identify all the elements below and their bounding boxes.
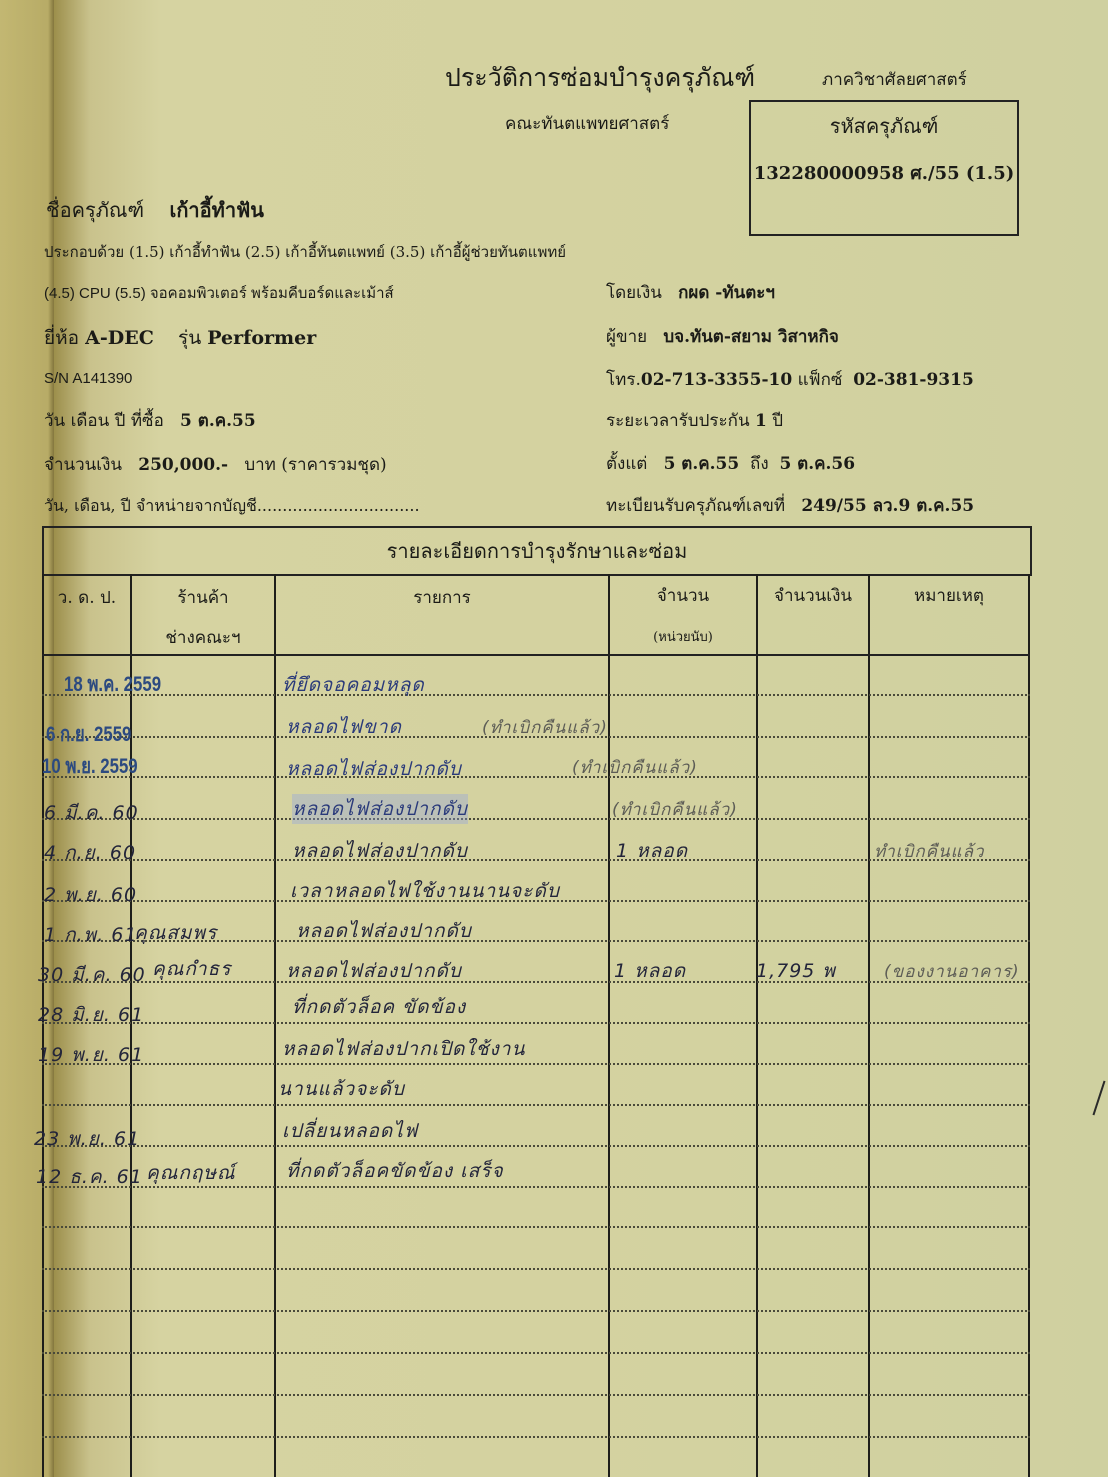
row-item: หลอดไฟส่องปากดับ (296, 916, 472, 946)
row-date: 28 มิ.ย. 61 (38, 1000, 144, 1030)
row-item: หลอดไฟส่องปากดับ (286, 956, 462, 986)
components-line-1: ประกอบด้วย (1.5) เก้าอี้ทำฟัน (2.5) เก้า… (44, 240, 566, 264)
row-shop: คุณสมพร (134, 918, 217, 948)
funding-row: โดยเงิน กผด -ทันตะฯ (606, 279, 775, 306)
amount-value: 250,000.- (138, 455, 228, 475)
row-qty: 1 หลอด (616, 836, 688, 866)
funding-value: กผด -ทันตะฯ (678, 283, 775, 303)
row-shop: คุณกฤษณ์ (146, 1158, 236, 1188)
row-date: 4 ก.ย. 60 (44, 838, 136, 868)
header-amount: จำนวนเงิน (758, 582, 868, 609)
header-note: หมายเหตุ (870, 582, 1028, 609)
registry-label: ทะเบียนรับครุภัณฑ์เลขที่ (606, 496, 785, 516)
row-item: หลอดไฟส่องปากดับ (292, 794, 468, 824)
warranty-label: ระยะเวลารับประกัน (606, 411, 750, 431)
asset-code-value: 132280000958 ศ./55 (1.5) (751, 158, 1017, 187)
registry-value: 249/55 ลว.9 ต.ค.55 (801, 496, 974, 516)
purchase-date-row: วัน เดือน ปี ที่ซื้อ 5 ต.ค.55 (44, 407, 256, 434)
document-page: ประวัติการซ่อมบำรุงครุภัณฑ์ ภาควิชาศัลยศ… (0, 0, 1108, 1477)
header-item: รายการ (276, 584, 608, 611)
row-item: นานแล้วจะดับ (278, 1074, 405, 1104)
row-shop: คุณกำธร (152, 954, 231, 984)
row-date: 10 พ.ย. 2559 (42, 750, 138, 783)
equipment-name-label: ชื่อครุภัณฑ์ (46, 198, 144, 222)
equipment-name: เก้าอี้ทำฟัน (169, 198, 263, 222)
maintenance-table: รายละเอียดการบำรุงรักษาและซ่อม ว. ด. ป. … (42, 526, 1030, 1477)
row-item: หลอดไฟส่องปากเปิดใช้งาน (282, 1034, 525, 1064)
row-date: 12 ธ.ค. 61 (36, 1162, 143, 1192)
to-label: ถึง (750, 454, 769, 474)
row-item: ที่กดตัวล็อคขัดข้อง เสร็จ (286, 1156, 504, 1186)
row-amount: 1,795 พ (756, 956, 836, 986)
row-item: หลอดไฟขาด (286, 712, 402, 742)
components-line-2: (4.5) CPU (5.5) จอคอมพิวเตอร์ พร้อมคีบอร… (44, 281, 394, 305)
row-qty: 1 หลอด (614, 956, 686, 986)
row-date: 18 พ.ค. 2559 (64, 668, 161, 701)
row-item: หลอดไฟส่องปากดับ (292, 836, 468, 866)
asset-code-label: รหัสครุภัณฑ์ (751, 110, 1017, 142)
col-divider (1028, 574, 1030, 1477)
row-date: 30 มี.ค. 60 (38, 960, 146, 990)
funding-label: โดยเงิน (606, 283, 662, 303)
col-divider (608, 574, 610, 1477)
asset-code-box: รหัสครุภัณฑ์ 132280000958 ศ./55 (1.5) (749, 100, 1019, 236)
row-item: เวลาหลอดไฟใช้งานนานจะดับ (290, 876, 560, 906)
to-date: 5 ต.ค.56 (779, 454, 855, 474)
row-date: 6 ก.ย. 2559 (46, 718, 131, 751)
vendor-label: ผู้ขาย (606, 327, 647, 347)
amount-label: จำนวนเงิน (44, 455, 122, 475)
header-divider (42, 654, 1030, 656)
fax-label: แฟ็กซ์ (798, 370, 843, 390)
row-item: เปลี่ยนหลอดไฟ (282, 1116, 418, 1146)
brand-model-row: ยี่ห้อ A-DEC รุ่น Performer (44, 323, 316, 353)
row-item: หลอดไฟส่องปากดับ (286, 754, 462, 784)
from-label: ตั้งแต่ (606, 454, 647, 474)
phone-value: 02-713-3355-10 (641, 370, 792, 390)
row-date: 1 ก.พ. 61 (44, 920, 137, 950)
amount-row: จำนวนเงิน 250,000.- บาท (ราคารวมชุด) (44, 451, 387, 478)
row-date: 23 พ.ย. 61 (34, 1124, 140, 1154)
phone-label: โทร. (606, 370, 641, 390)
row-date: 2 พ.ย. 60 (44, 880, 137, 910)
pen-mark (1092, 1081, 1105, 1116)
model-value: Performer (207, 327, 316, 349)
row-note: (ของงานอาคาร) (884, 958, 1020, 985)
model-label: รุ่น (178, 327, 201, 349)
equipment-name-row: ชื่อครุภัณฑ์ เก้าอี้ทำฟัน (46, 194, 264, 226)
header-qty-sub: (หน่วยนับ) (610, 626, 756, 647)
fax-value: 02-381-9315 (853, 370, 974, 390)
header-shop: ร้านค้า (132, 584, 274, 611)
table-title: รายละเอียดการบำรุงรักษาและซ่อม (42, 526, 1032, 576)
vendor-row: ผู้ขาย บจ.ทันต-สยาม วิสาหกิจ (606, 323, 839, 350)
row-qty-note: (ทำเบิกคืนแล้ว) (482, 714, 608, 741)
warranty-row: ระยะเวลารับประกัน 1 ปี (606, 407, 783, 434)
brand-value: A-DEC (85, 327, 154, 349)
col-divider (756, 574, 758, 1477)
disposal-date-row: วัน, เดือน, ปี จำหน่ายจากบัญชี..........… (44, 494, 420, 519)
registry-row: ทะเบียนรับครุภัณฑ์เลขที่ 249/55 ลว.9 ต.ค… (606, 492, 974, 519)
row-qty-note: (ทำเบิกคืนแล้ว) (612, 796, 738, 823)
brand-label: ยี่ห้อ (44, 327, 79, 349)
row-item: ที่ยึดจอคอมหลุด (282, 670, 425, 700)
header-qty: จำนวน (610, 582, 756, 609)
header-shop-sub: ช่างคณะฯ (132, 624, 274, 651)
warranty-unit: ปี (772, 411, 783, 431)
purchase-date: 5 ต.ค.55 (180, 411, 256, 431)
amount-unit: บาท (ราคารวมชุด) (244, 455, 386, 475)
warranty-period-row: ตั้งแต่ 5 ต.ค.55 ถึง 5 ต.ค.56 (606, 450, 855, 477)
purchase-date-label: วัน เดือน ปี ที่ซื้อ (44, 411, 164, 431)
vendor-value: บจ.ทันต-สยาม วิสาหกิจ (663, 327, 839, 347)
serial-number: S/N A141390 (44, 370, 132, 387)
row-date: 6 มี.ค. 60 (44, 798, 139, 828)
row-note: ทำเบิกคืนแล้ว (874, 838, 985, 865)
page-title: ประวัติการซ่อมบำรุงครุภัณฑ์ (445, 58, 755, 98)
row-item: ที่กดตัวล็อค ขัดข้อง (292, 992, 466, 1022)
from-date: 5 ต.ค.55 (664, 454, 740, 474)
faculty-label: คณะทันตแพทยศาสตร์ (505, 110, 669, 137)
department-label: ภาควิชาศัลยศาสตร์ (822, 66, 967, 93)
col-divider (868, 574, 870, 1477)
row-qty-note: (ทำเบิกคืนแล้ว) (572, 754, 698, 781)
phone-fax-row: โทร.02-713-3355-10 แฟ็กซ์ 02-381-9315 (606, 366, 974, 393)
warranty-value: 1 (755, 411, 767, 431)
row-date: 19 พ.ย. 61 (38, 1040, 144, 1070)
header-date: ว. ด. ป. (44, 584, 130, 611)
col-divider (274, 574, 276, 1477)
